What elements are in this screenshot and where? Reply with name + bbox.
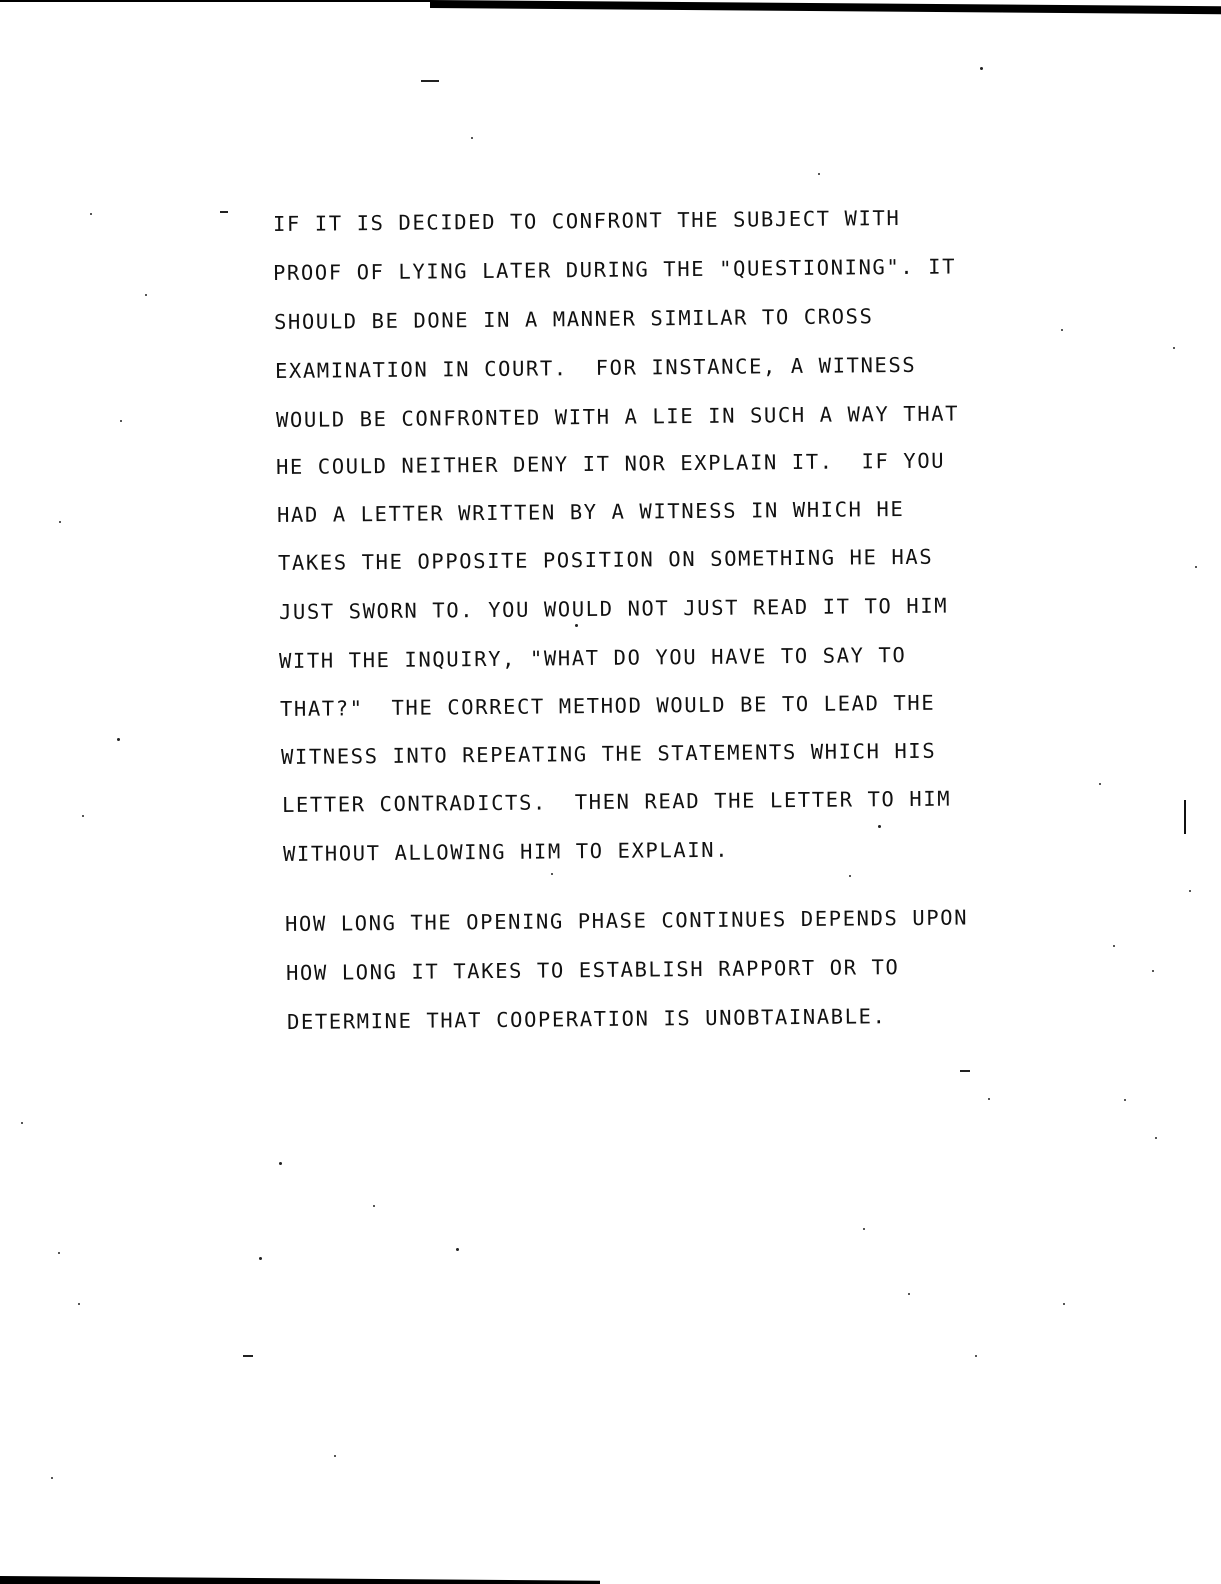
- scan-speck: [90, 213, 92, 215]
- paragraph-1-line-9: JUST SWORN TO. YOU WOULD NOT JUST READ I…: [279, 594, 948, 624]
- scan-speck: [878, 825, 881, 828]
- scan-speck: [1195, 566, 1197, 568]
- scan-speck: [145, 294, 147, 296]
- scan-speck: [120, 420, 122, 422]
- scan-speck: [1063, 1303, 1065, 1305]
- paragraph-1-line-5: WOULD BE CONFRONTED WITH A LIE IN SUCH A…: [276, 401, 959, 432]
- scan-speck: [975, 1355, 977, 1357]
- scan-speck: [334, 1455, 336, 1457]
- scan-speck: [373, 1205, 375, 1207]
- scan-speck: [960, 1070, 970, 1072]
- paragraph-1-line-12: WITNESS INTO REPEATING THE STATEMENTS WH…: [281, 739, 936, 769]
- scan-speck: [117, 738, 120, 741]
- scan-speck: [78, 1303, 80, 1305]
- paragraph-1-line-7: HAD A LETTER WRITTEN BY A WITNESS IN WHI…: [277, 497, 905, 527]
- scan-speck: [1155, 1137, 1157, 1139]
- scan-speck: [818, 173, 820, 175]
- scan-speck: [1113, 945, 1115, 947]
- scan-speck: [551, 873, 553, 875]
- scan-speck: [279, 1162, 282, 1165]
- scan-speck: [980, 67, 983, 70]
- paragraph-1-line-2: PROOF OF LYING LATER DURING THE "QUESTIO…: [273, 254, 956, 285]
- scan-speck: [849, 875, 851, 877]
- paragraph-1-line-13: LETTER CONTRADICTS. THEN READ THE LETTER…: [282, 787, 951, 817]
- scan-speck: [82, 815, 84, 817]
- scan-speck: [988, 1098, 990, 1100]
- paragraph-2-line-1: HOW LONG THE OPENING PHASE CONTINUES DEP…: [285, 905, 968, 936]
- document-page: IF IT IS DECIDED TO CONFRONT THE SUBJECT…: [0, 0, 1221, 1584]
- scan-speck: [908, 1293, 910, 1295]
- scan-speck: [471, 137, 473, 139]
- scan-speck: [1189, 890, 1191, 892]
- scan-speck: [575, 624, 578, 627]
- scan-speck: [863, 1228, 865, 1230]
- scan-speck: [1099, 783, 1101, 785]
- scan-speck: [1124, 1099, 1126, 1101]
- paragraph-1-line-11: THAT?" THE CORRECT METHOD WOULD BE TO LE…: [280, 691, 935, 721]
- scan-speck: [58, 1252, 60, 1254]
- scan-speck: [1173, 347, 1175, 349]
- scan-speck: [456, 1248, 459, 1251]
- paragraph-1-line-3: SHOULD BE DONE IN A MANNER SIMILAR TO CR…: [274, 304, 874, 334]
- scan-speck: [259, 1257, 262, 1260]
- scan-speck: [243, 1355, 253, 1357]
- scan-speck: [1061, 329, 1063, 331]
- scan-speck: [1152, 970, 1154, 972]
- scan-speck: [59, 521, 61, 523]
- paragraph-1-line-1: IF IT IS DECIDED TO CONFRONT THE SUBJECT…: [273, 206, 901, 236]
- paragraph-1-line-10: WITH THE INQUIRY, "WHAT DO YOU HAVE TO S…: [279, 643, 907, 673]
- paragraph-1-line-8: TAKES THE OPPOSITE POSITION ON SOMETHING…: [278, 545, 933, 575]
- paragraph-1-line-4: EXAMINATION IN COURT. FOR INSTANCE, A WI…: [275, 353, 917, 383]
- paragraph-1-line-14: WITHOUT ALLOWING HIM TO EXPLAIN.: [283, 838, 729, 866]
- paragraph-1-line-6: HE COULD NEITHER DENY IT NOR EXPLAIN IT.…: [276, 449, 945, 479]
- scan-speck: [51, 1477, 53, 1479]
- scan-speck: [220, 211, 228, 213]
- scan-speck: [21, 1122, 23, 1124]
- paragraph-2-line-2: HOW LONG IT TAKES TO ESTABLISH RAPPORT O…: [286, 955, 900, 985]
- scan-speck: [421, 80, 439, 82]
- paragraph-2-line-3: DETERMINE THAT COOPERATION IS UNOBTAINAB…: [287, 1004, 887, 1034]
